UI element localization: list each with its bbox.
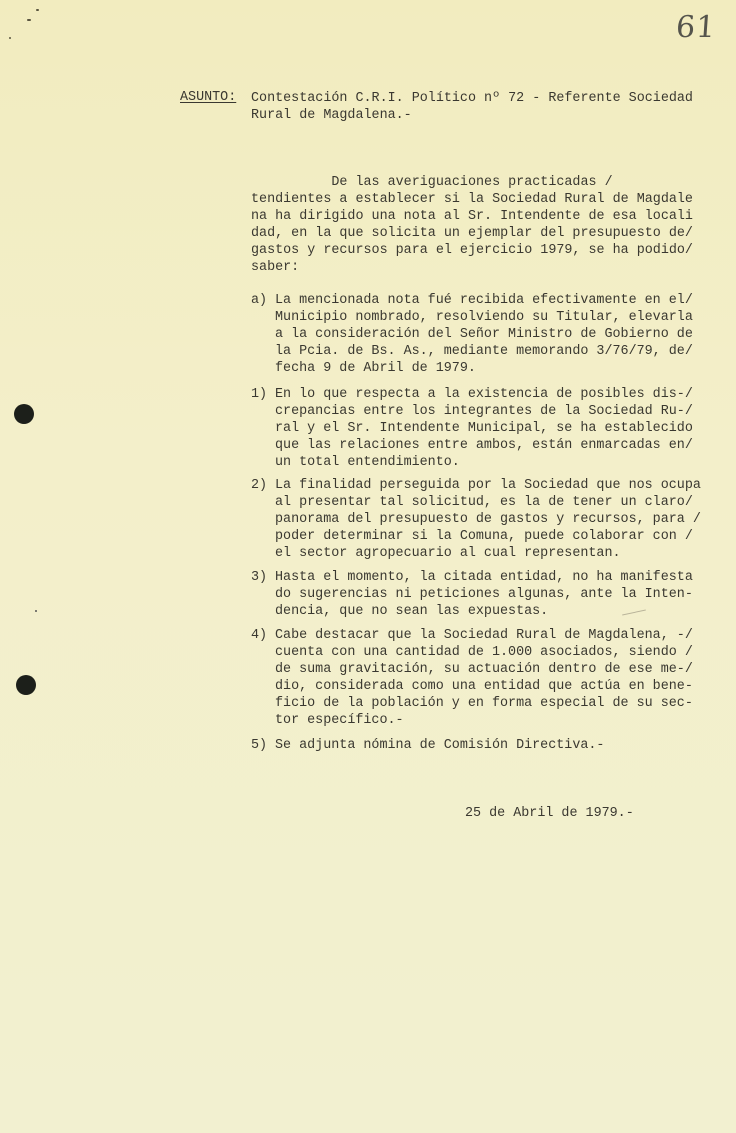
item-line: ficio de la población y en forma especia… [275, 695, 693, 712]
item-line: el sector agropecuario al cual represent… [275, 545, 701, 562]
item-marker: 5) [251, 737, 267, 754]
subject-line: Contestación C.R.I. Político nº 72 - Ref… [251, 90, 693, 107]
item-body: La mencionada nota fué recibida efectiva… [275, 292, 693, 377]
item-line: fecha 9 de Abril de 1979. [275, 360, 693, 377]
item-line: cuenta con una cantidad de 1.000 asociad… [275, 644, 693, 661]
item-marker: 4) [251, 627, 267, 644]
paper-speck [35, 610, 37, 612]
subject-line: Rural de Magdalena.- [251, 107, 693, 124]
item-line: poder determinar si la Comuna, puede col… [275, 528, 701, 545]
intro-line: tendientes a establecer si la Sociedad R… [251, 191, 693, 208]
item-body: La finalidad perseguida por la Sociedad … [275, 477, 701, 562]
intro-paragraph: De las averiguaciones practicadas / tend… [251, 174, 693, 276]
item-line: crepancias entre los integrantes de la S… [275, 403, 693, 420]
intro-line: dad, en la que solicita un ejemplar del … [251, 225, 693, 242]
subject-label: ASUNTO: [180, 90, 236, 105]
item-line: Hasta el momento, la citada entidad, no … [275, 569, 693, 586]
intro-line: De las averiguaciones practicadas / [251, 174, 693, 191]
item-marker: a) [251, 292, 267, 309]
item-line: ral y el Sr. Intendente Municipal, se ha… [275, 420, 693, 437]
item-line: do sugerencias ni peticiones algunas, an… [275, 586, 693, 603]
item-line: La finalidad perseguida por la Sociedad … [275, 477, 701, 494]
item-line: dencia, que no sean las expuestas. [275, 603, 693, 620]
item-body: En lo que respecta a la existencia de po… [275, 386, 693, 471]
item-line: a la consideración del Señor Ministro de… [275, 326, 693, 343]
item-line: Municipio nombrado, resolviendo su Titul… [275, 309, 693, 326]
item-line: la Pcia. de Bs. As., mediante memorando … [275, 343, 693, 360]
paper-speck [9, 37, 11, 39]
item-line: al presentar tal solicitud, es la de ten… [275, 494, 701, 511]
punch-hole-top [14, 404, 34, 424]
punch-hole-bottom [16, 675, 36, 695]
handwritten-page-number: 61 [675, 10, 718, 45]
document-date: 25 de Abril de 1979.- [465, 806, 634, 821]
paper-speck [36, 9, 39, 11]
item-line: La mencionada nota fué recibida efectiva… [275, 292, 693, 309]
item-line: tor específico.- [275, 712, 693, 729]
paper-speck [27, 19, 31, 21]
item-body: Cabe destacar que la Sociedad Rural de M… [275, 627, 693, 729]
item-marker: 1) [251, 386, 267, 403]
item-marker: 2) [251, 477, 267, 494]
item-line: un total entendimiento. [275, 454, 693, 471]
item-line: que las relaciones entre ambos, están en… [275, 437, 693, 454]
subject-text: Contestación C.R.I. Político nº 72 - Ref… [251, 90, 693, 124]
intro-line: saber: [251, 259, 693, 276]
item-line: panorama del presupuesto de gastos y rec… [275, 511, 701, 528]
item-marker: 3) [251, 569, 267, 586]
item-line: Cabe destacar que la Sociedad Rural de M… [275, 627, 693, 644]
intro-line: gastos y recursos para el ejercicio 1979… [251, 242, 693, 259]
item-line: En lo que respecta a la existencia de po… [275, 386, 693, 403]
intro-line: na ha dirigido una nota al Sr. Intendent… [251, 208, 693, 225]
item-line: dio, considerada como una entidad que ac… [275, 678, 693, 695]
item-body: Se adjunta nómina de Comisión Directiva.… [275, 737, 604, 754]
document-page: 61 ASUNTO: Contestación C.R.I. Político … [0, 0, 736, 1133]
item-line: Se adjunta nómina de Comisión Directiva.… [275, 737, 604, 754]
item-line: de suma gravitación, su actuación dentro… [275, 661, 693, 678]
